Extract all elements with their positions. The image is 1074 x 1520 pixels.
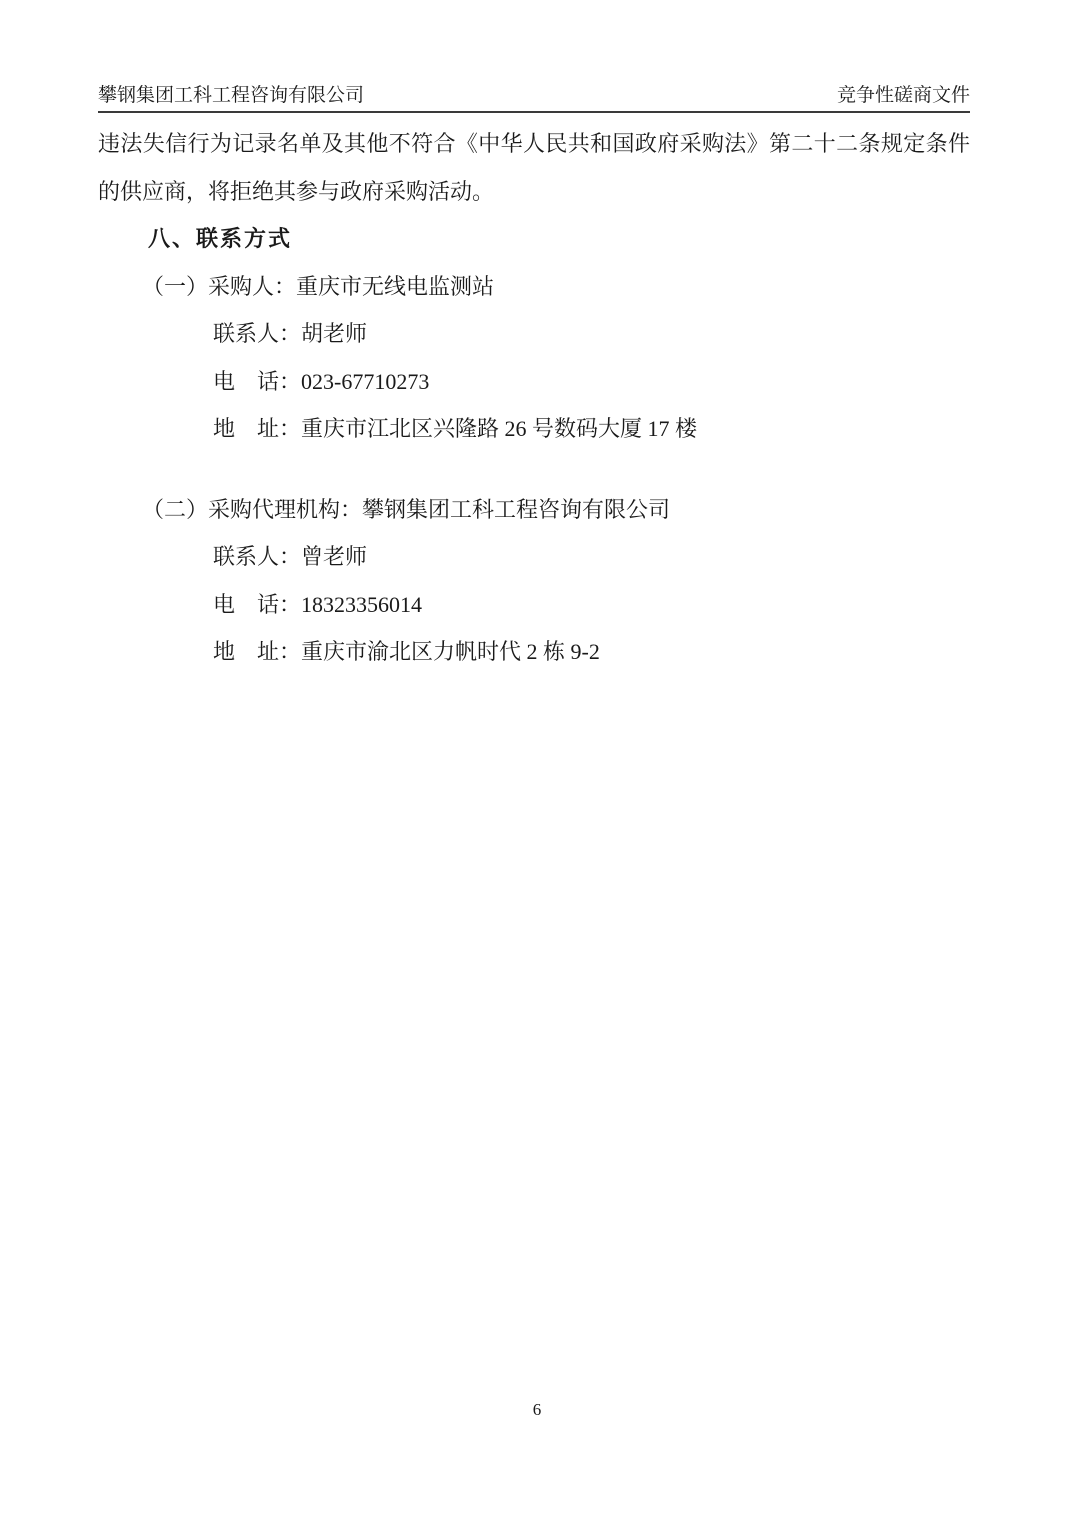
agency-contact-person: 联系人：曾老师 xyxy=(98,533,970,581)
body-paragraph: 违法失信行为记录名单及其他不符合《中华人民共和国政府采购法》第二十二条规定条件的… xyxy=(98,120,970,215)
purchaser-phone: 电 话：023-67710273 xyxy=(98,358,970,406)
purchaser-address: 地 址：重庆市江北区兴隆路 26 号数码大厦 17 楼 xyxy=(98,405,970,453)
document-page: 攀钢集团工科工程咨询有限公司 竞争性磋商文件 违法失信行为记录名单及其他不符合《… xyxy=(0,0,1074,1520)
page-footer: 6 xyxy=(0,1398,1074,1422)
purchaser-contact-person: 联系人：胡老师 xyxy=(98,310,970,358)
purchaser-title: （一）采购人：重庆市无线电监测站 xyxy=(98,263,970,311)
header-company-name: 攀钢集团工科工程咨询有限公司 xyxy=(98,84,364,108)
header-divider-rule xyxy=(98,111,970,113)
agency-title: （二）采购代理机构：攀钢集团工科工程咨询有限公司 xyxy=(98,486,970,534)
page-header: 攀钢集团工科工程咨询有限公司 竞争性磋商文件 xyxy=(98,84,970,108)
agency-phone: 电 话：18323356014 xyxy=(98,581,970,629)
section-heading-contact-info: 八、联系方式 xyxy=(98,215,970,263)
header-document-type: 竞争性磋商文件 xyxy=(837,84,970,108)
procurement-agency-section: （二）采购代理机构：攀钢集团工科工程咨询有限公司 联系人：曾老师 电 话：183… xyxy=(98,486,970,676)
agency-address: 地 址：重庆市渝北区力帆时代 2 栋 9-2 xyxy=(98,628,970,676)
purchaser-section: （一）采购人：重庆市无线电监测站 联系人：胡老师 电 话：023-6771027… xyxy=(98,263,970,453)
page-number: 6 xyxy=(533,1400,542,1419)
document-body: 违法失信行为记录名单及其他不符合《中华人民共和国政府采购法》第二十二条规定条件的… xyxy=(98,120,970,676)
